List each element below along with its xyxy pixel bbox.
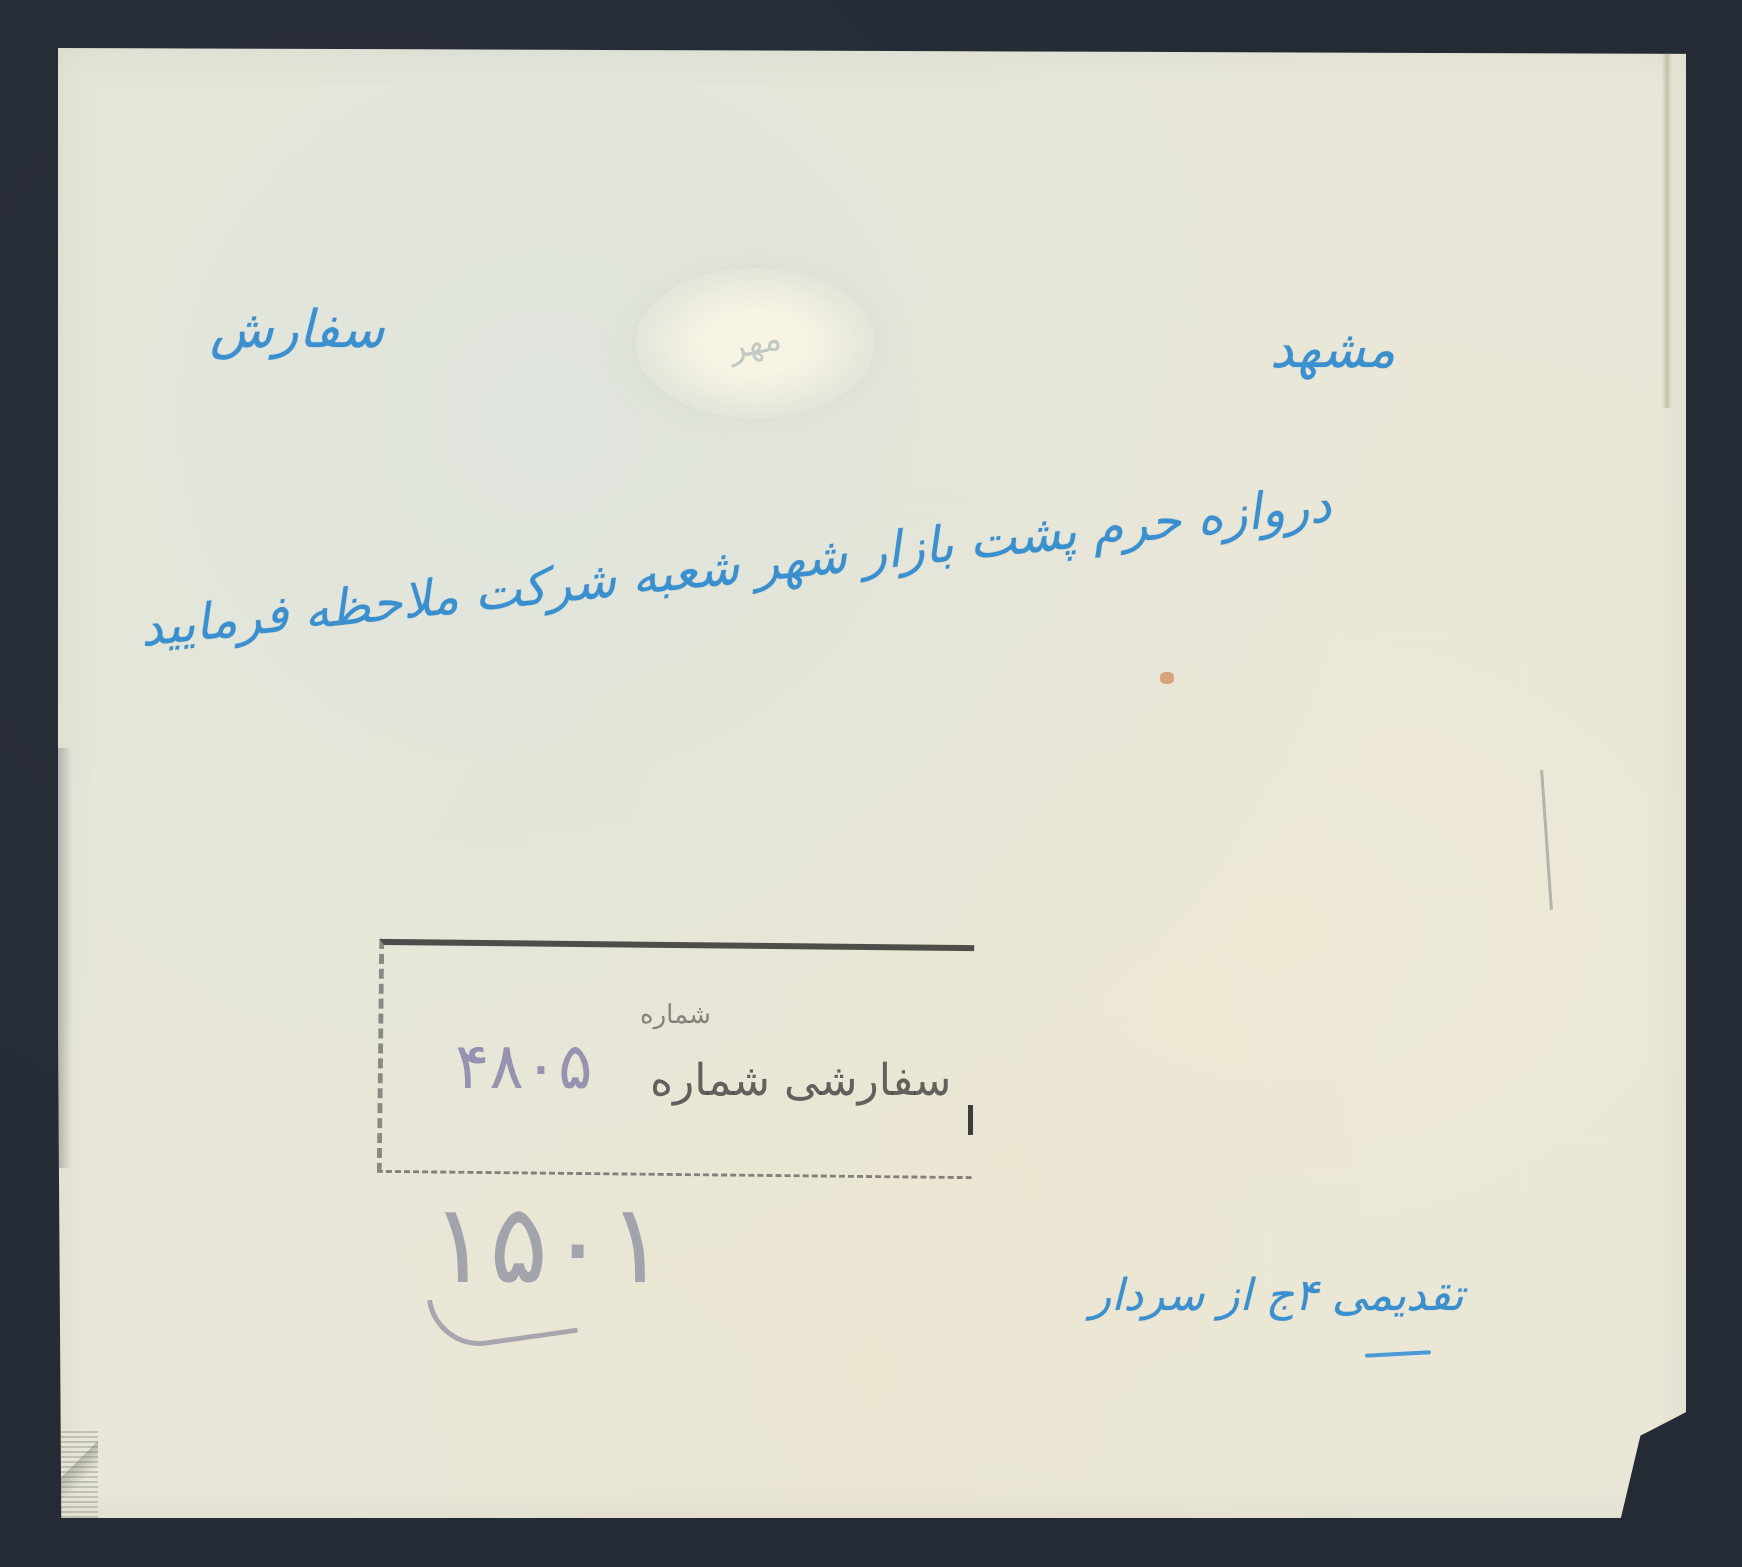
registered-label: سفارش xyxy=(210,300,384,360)
sender-line: تقدیمی ۴ج از سردار xyxy=(1090,1270,1464,1321)
edge-stain xyxy=(1662,48,1672,408)
destination-city: مشهد xyxy=(1270,320,1396,380)
registration-number: ۴۸۰۵ xyxy=(455,1030,593,1104)
registration-stamp-label: سفارشی شماره xyxy=(650,1055,951,1106)
stain-spot xyxy=(1160,672,1174,684)
stamp-edge-mark xyxy=(968,1105,973,1135)
corner-hinge-mark xyxy=(58,1428,98,1518)
oval-seal-impression: مهر xyxy=(635,268,875,418)
edge-stain xyxy=(58,748,72,1168)
stamp-top-text: شماره xyxy=(640,1000,711,1030)
